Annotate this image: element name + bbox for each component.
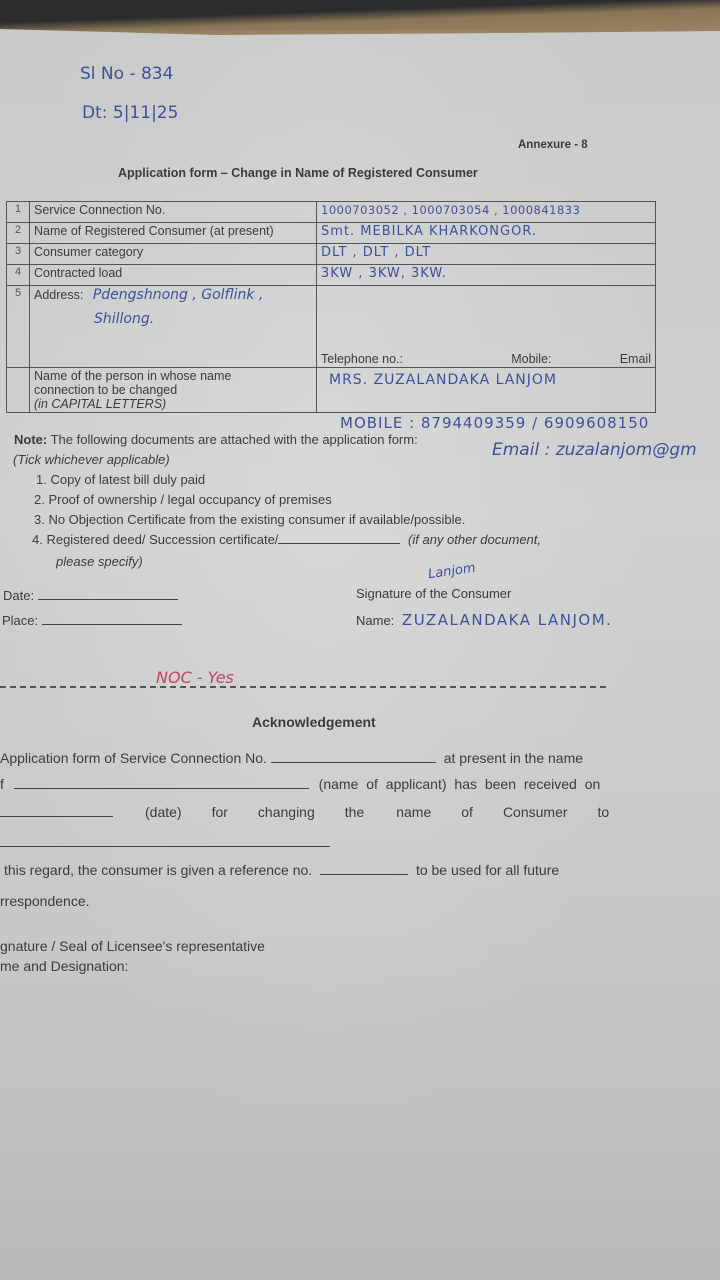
- mobile-label: Mobile:: [511, 352, 551, 366]
- ack-line-2b: (name of applicant) has been received on: [319, 776, 601, 792]
- table-row-new-name: Name of the person in whose name connect…: [7, 368, 656, 413]
- document-item-2[interactable]: 2. Proof of ownership / legal occupancy …: [34, 492, 332, 507]
- ack-line-3: (date) for changing the name of Consumer…: [0, 804, 660, 820]
- table-row-address: 5 Address: Pdengshnong , Golflink , Shil…: [7, 286, 656, 368]
- ack-line-1a: Application form of Service Connection N…: [0, 750, 267, 766]
- address-value-line2: Shillong.: [94, 311, 312, 327]
- document-item-4[interactable]: 4. Registered deed/ Succession certifica…: [32, 532, 541, 547]
- place-blank[interactable]: [42, 624, 182, 625]
- ack-line-6: rrespondence.: [0, 893, 90, 909]
- applicant-name-blank[interactable]: [14, 788, 309, 789]
- licensee-name-designation-label: me and Designation:: [0, 958, 128, 974]
- new-consumer-name-blank[interactable]: [0, 846, 330, 847]
- table-row: 1 Service Connection No. 1000703052 , 10…: [7, 202, 656, 223]
- new-name-label-line2: connection to be changed: [34, 383, 312, 397]
- desk-surface-background: [0, 0, 720, 50]
- document-item-3[interactable]: 3. No Objection Certificate from the exi…: [34, 512, 465, 527]
- ack-word: to: [598, 804, 610, 820]
- document-item-4-suffix: (if any other document,: [408, 532, 541, 547]
- row-number-empty: [7, 368, 30, 413]
- ack-word: (date): [145, 804, 182, 820]
- reference-no-blank[interactable]: [320, 874, 408, 875]
- cut-line-divider: [0, 686, 606, 688]
- row-number: 3: [7, 244, 30, 265]
- row-label: Service Connection No.: [30, 202, 317, 223]
- form-title: Application form – Change in Name of Reg…: [118, 166, 478, 180]
- row-label: Name of Registered Consumer (at present): [30, 223, 317, 244]
- consumer-signature-mark: Lanjom: [427, 561, 476, 582]
- handwritten-email: Email : zuzalanjom@gm: [492, 440, 697, 460]
- email-label: Email: [620, 352, 651, 366]
- licensee-signature-label: gnature / Seal of Licensee's representat…: [0, 938, 265, 954]
- ack-word: for: [212, 804, 228, 820]
- row-number: 4: [7, 265, 30, 286]
- ack-line-1: Application form of Service Connection N…: [0, 750, 583, 766]
- contact-cell: Telephone no.: Mobile: Email: [317, 286, 656, 368]
- new-name-value[interactable]: MRS. ZUZALANDAKA LANJOM: [317, 368, 656, 413]
- ack-line-5a: this regard, the consumer is given a ref…: [4, 862, 312, 878]
- ack-line-5: this regard, the consumer is given a ref…: [4, 862, 559, 878]
- service-connection-blank[interactable]: [271, 762, 436, 763]
- acknowledgement-title: Acknowledgement: [252, 714, 376, 730]
- signature-label: Signature of the Consumer: [356, 586, 511, 601]
- registered-consumer-value[interactable]: Smt. MEBILKA KHARKONGOR.: [317, 223, 656, 244]
- new-name-label-cell: Name of the person in whose name connect…: [30, 368, 317, 413]
- note-line: Note: The following documents are attach…: [14, 432, 418, 447]
- table-row: 4 Contracted load 3KW , 3KW, 3KW.: [7, 265, 656, 286]
- ack-word: the: [345, 804, 364, 820]
- new-name-label-line1: Name of the person in whose name: [34, 369, 312, 383]
- row-number: 1: [7, 202, 30, 223]
- address-value-line1: Pdengshnong , Golflink ,: [93, 287, 264, 303]
- date-received-blank[interactable]: [0, 816, 113, 817]
- document-item-1[interactable]: 1. Copy of latest bill duly paid: [36, 472, 205, 487]
- ack-word: changing: [258, 804, 315, 820]
- noc-annotation: NOC - Yes: [156, 668, 234, 687]
- handwritten-mobile-numbers: MOBILE : 8794409359 / 6909608150: [340, 414, 649, 432]
- row-label: Consumer category: [30, 244, 317, 265]
- handwritten-date: Dt: 5|11|25: [82, 103, 178, 123]
- place-field[interactable]: Place:: [2, 613, 182, 628]
- address-cell[interactable]: Address: Pdengshnong , Golflink , Shillo…: [30, 286, 317, 368]
- new-name-label-line3: (in CAPITAL LETTERS): [34, 397, 312, 411]
- row-number: 2: [7, 223, 30, 244]
- ack-word: of: [461, 804, 473, 820]
- note-text: The following documents are attached wit…: [51, 432, 418, 447]
- other-document-blank[interactable]: [278, 543, 400, 544]
- document-item-4-line2: please specify): [56, 554, 143, 569]
- row-label: Contracted load: [30, 265, 317, 286]
- ack-line-2a: f: [0, 776, 4, 792]
- table-row: 3 Consumer category DLT , DLT , DLT: [7, 244, 656, 265]
- ack-word: Consumer: [503, 804, 568, 820]
- date-blank[interactable]: [38, 599, 178, 600]
- note-hint: (Tick whichever applicable): [13, 452, 170, 467]
- consumer-category-value[interactable]: DLT , DLT , DLT: [317, 244, 656, 265]
- consumer-name-value: ZUZALANDAKA LANJOM.: [402, 611, 613, 629]
- name-label: Name:: [356, 613, 394, 628]
- table-row: 2 Name of Registered Consumer (at presen…: [7, 223, 656, 244]
- contracted-load-value[interactable]: 3KW , 3KW, 3KW.: [317, 265, 656, 286]
- application-form-table: 1 Service Connection No. 1000703052 , 10…: [6, 201, 656, 413]
- date-label: Date:: [3, 588, 34, 603]
- document-item-4-text: 4. Registered deed/ Succession certifica…: [32, 532, 278, 547]
- telephone-label: Telephone no.:: [321, 352, 403, 366]
- ack-line-2: f (name of applicant) has been received …: [0, 776, 600, 792]
- ack-line-1b: at present in the name: [444, 750, 583, 766]
- row-number: 5: [7, 286, 30, 368]
- ack-line-5b: to be used for all future: [416, 862, 559, 878]
- note-prefix: Note:: [14, 432, 47, 447]
- ack-word: name: [396, 804, 431, 820]
- consumer-name-line: Name: ZUZALANDAKA LANJOM.: [356, 611, 612, 629]
- service-connection-value[interactable]: 1000703052 , 1000703054 , 1000841833: [317, 202, 656, 223]
- place-label: Place:: [2, 613, 38, 628]
- annexure-label: Annexure - 8: [518, 139, 588, 151]
- date-field[interactable]: Date:: [3, 588, 178, 603]
- address-label: Address:: [34, 288, 83, 302]
- handwritten-serial-no: Sl No - 834: [80, 64, 173, 84]
